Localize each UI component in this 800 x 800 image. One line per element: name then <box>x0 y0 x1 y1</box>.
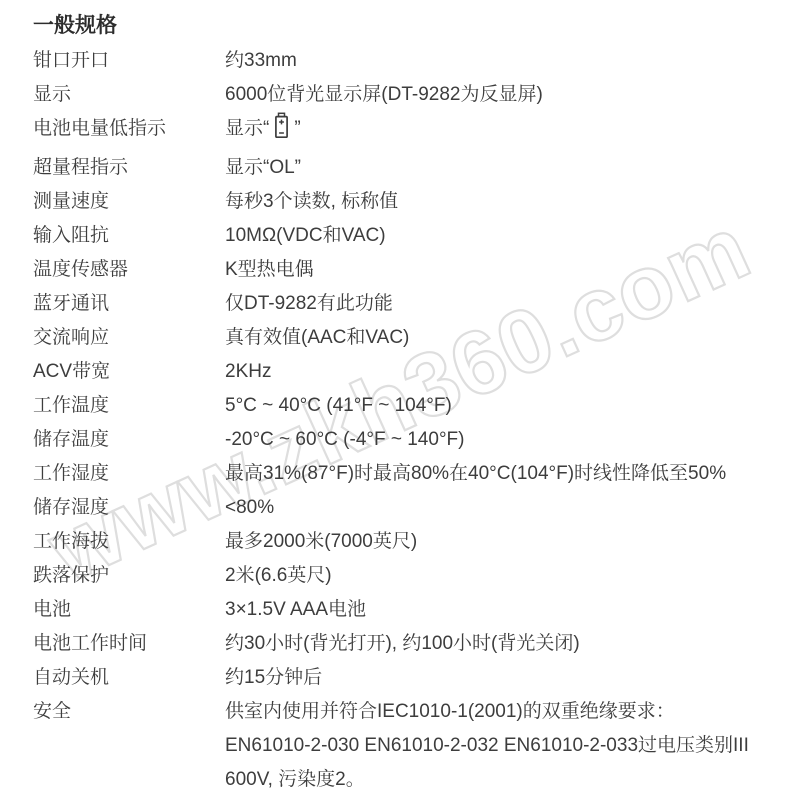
spec-label: 交流响应 <box>33 321 225 355</box>
spec-row: 显示6000位背光显示屏(DT-9282为反显屏) <box>33 78 770 112</box>
spec-value-line: EN61010-2-030 EN61010-2-032 EN61010-2-03… <box>225 729 770 763</box>
spec-row: 钳口开口约33mm <box>33 44 770 78</box>
spec-label: 储存温度 <box>33 423 225 457</box>
spec-label: 储存湿度 <box>33 491 225 525</box>
spec-row: 蓝牙通讯仅DT-9282有此功能 <box>33 287 770 321</box>
spec-row: 电池电量低指示显示“” <box>33 112 770 151</box>
spec-row: 超量程指示显示“OL” <box>33 151 770 185</box>
spec-table: 钳口开口约33mm显示6000位背光显示屏(DT-9282为反显屏)电池电量低指… <box>33 44 770 797</box>
spec-value: 真有效值(AAC和VAC) <box>225 321 770 355</box>
spec-label: 工作湿度 <box>33 457 225 491</box>
spec-row: 输入阻抗10MΩ(VDC和VAC) <box>33 219 770 253</box>
spec-label: 工作温度 <box>33 389 225 423</box>
spec-value-text: ” <box>294 118 300 139</box>
spec-row: 温度传感器K型热电偶 <box>33 253 770 287</box>
spec-value: <80% <box>225 491 770 525</box>
spec-value: 约15分钟后 <box>225 661 770 695</box>
spec-value: 供室内使用并符合IEC1010-1(2001)的双重绝缘要求：EN61010-2… <box>225 695 770 797</box>
spec-row: 储存温度-20°C ~ 60°C (-4°F ~ 140°F) <box>33 423 770 457</box>
spec-row: ACV带宽2KHz <box>33 355 770 389</box>
spec-value: -20°C ~ 60°C (-4°F ~ 140°F) <box>225 423 770 457</box>
spec-value: 约33mm <box>225 44 770 78</box>
spec-row: 自动关机约15分钟后 <box>33 661 770 695</box>
spec-value: 3×1.5V AAA电池 <box>225 593 770 627</box>
spec-value-line: 600V, 污染度2。 <box>225 763 770 797</box>
spec-label: 测量速度 <box>33 185 225 219</box>
spec-row: 测量速度每秒3个读数, 标称值 <box>33 185 770 219</box>
spec-row: 电池3×1.5V AAA电池 <box>33 593 770 627</box>
spec-value: 2KHz <box>225 355 770 389</box>
spec-label: ACV带宽 <box>33 355 225 389</box>
spec-value: 显示“OL” <box>225 151 770 185</box>
battery-icon <box>274 112 289 151</box>
spec-label: 显示 <box>33 78 225 112</box>
page-title: 一般规格 <box>33 8 770 44</box>
spec-label: 温度传感器 <box>33 253 225 287</box>
spec-row: 工作温度5°C ~ 40°C (41°F ~ 104°F) <box>33 389 770 423</box>
spec-label: 自动关机 <box>33 661 225 695</box>
spec-label: 安全 <box>33 695 225 729</box>
spec-value: 6000位背光显示屏(DT-9282为反显屏) <box>225 78 770 112</box>
spec-row: 储存湿度<80% <box>33 491 770 525</box>
spec-label: 超量程指示 <box>33 151 225 185</box>
spec-row: 电池工作时间约30小时(背光打开), 约100小时(背光关闭) <box>33 627 770 661</box>
spec-value: 显示“” <box>225 112 770 151</box>
spec-value: 10MΩ(VDC和VAC) <box>225 219 770 253</box>
spec-sheet-page: www.zkh360.com 一般规格 钳口开口约33mm显示6000位背光显示… <box>0 0 800 800</box>
spec-label: 工作海拔 <box>33 525 225 559</box>
spec-value: K型热电偶 <box>225 253 770 287</box>
spec-label: 跌落保护 <box>33 559 225 593</box>
spec-value: 每秒3个读数, 标称值 <box>225 185 770 219</box>
spec-row: 工作湿度最高31%(87°F)时最高80%在40°C(104°F)时线性降低至5… <box>33 457 770 491</box>
spec-content: 一般规格 钳口开口约33mm显示6000位背光显示屏(DT-9282为反显屏)电… <box>0 0 800 800</box>
spec-value: 5°C ~ 40°C (41°F ~ 104°F) <box>225 389 770 423</box>
spec-row: 交流响应真有效值(AAC和VAC) <box>33 321 770 355</box>
spec-row: 跌落保护2米(6.6英尺) <box>33 559 770 593</box>
spec-value: 最高31%(87°F)时最高80%在40°C(104°F)时线性降低至50% <box>225 457 770 491</box>
spec-value-line: 供室内使用并符合IEC1010-1(2001)的双重绝缘要求： <box>225 695 770 729</box>
spec-label: 蓝牙通讯 <box>33 287 225 321</box>
spec-label: 电池工作时间 <box>33 627 225 661</box>
spec-value: 2米(6.6英尺) <box>225 559 770 593</box>
spec-row: 安全供室内使用并符合IEC1010-1(2001)的双重绝缘要求：EN61010… <box>33 695 770 797</box>
spec-value: 最多2000米(7000英尺) <box>225 525 770 559</box>
spec-row: 工作海拔最多2000米(7000英尺) <box>33 525 770 559</box>
spec-label: 电池电量低指示 <box>33 112 225 146</box>
spec-value: 仅DT-9282有此功能 <box>225 287 770 321</box>
spec-label: 输入阻抗 <box>33 219 225 253</box>
spec-label: 钳口开口 <box>33 44 225 78</box>
spec-label: 电池 <box>33 593 225 627</box>
spec-value: 约30小时(背光打开), 约100小时(背光关闭) <box>225 627 770 661</box>
spec-value-text: 显示“ <box>225 118 269 139</box>
